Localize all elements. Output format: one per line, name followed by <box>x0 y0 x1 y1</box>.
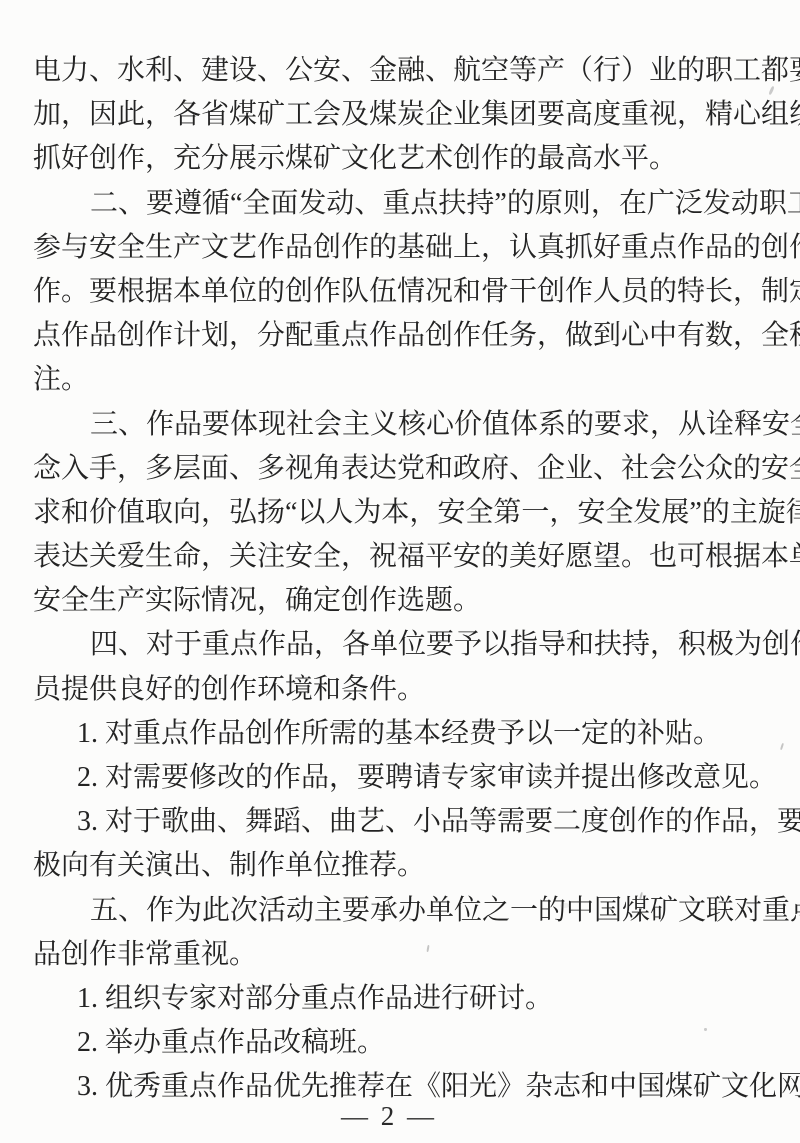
text-line: 三、作品要体现社会主义核心价值体系的要求，从诠释安全理 <box>33 403 768 447</box>
paragraph: 三、作品要体现社会主义核心价值体系的要求，从诠释安全理念入手，多层面、多视角表达… <box>33 403 768 624</box>
text-line: 四、对于重点作品，各单位要予以指导和扶持，积极为创作人 <box>33 623 768 667</box>
text-line: 1. 组织专家对部分重点作品进行研讨。 <box>33 977 768 1021</box>
text-line: 3. 对于歌曲、舞蹈、曲艺、小品等需要二度创作的作品，要积 <box>33 800 768 844</box>
text-line: 求和价值取向，弘扬“以人为本，安全第一，安全发展”的主旋律， <box>33 491 768 535</box>
paragraph: 1. 组织专家对部分重点作品进行研讨。 <box>33 977 768 1021</box>
text-line: 2. 举办重点作品改稿班。 <box>33 1021 768 1065</box>
text-line: 安全生产实际情况，确定创作选题。 <box>33 579 768 623</box>
text-line: 抓好创作，充分展示煤矿文化艺术创作的最高水平。 <box>33 137 768 181</box>
paragraph: 四、对于重点作品，各单位要予以指导和扶持，积极为创作人员提供良好的创作环境和条件… <box>33 623 768 711</box>
scan-speck <box>780 743 784 750</box>
text-line: 念入手，多层面、多视角表达党和政府、企业、社会公众的安全诉 <box>33 447 768 491</box>
text-line: 点作品创作计划，分配重点作品创作任务，做到心中有数，全程关 <box>33 314 768 358</box>
text-line: 加，因此，各省煤矿工会及煤炭企业集团要高度重视，精心组织， <box>33 93 768 137</box>
text-line: 2. 对需要修改的作品，要聘请专家审读并提出修改意见。 <box>33 756 768 800</box>
paragraph: 电力、水利、建设、公安、金融、航空等产（行）业的职工都要参加，因此，各省煤矿工会… <box>33 49 768 182</box>
text-line: 参与安全生产文艺作品创作的基础上，认真抓好重点作品的创作工 <box>33 226 768 270</box>
paragraph: 1. 对重点作品创作所需的基本经费予以一定的补贴。 <box>33 712 768 756</box>
text-line: 作。要根据本单位的创作队伍情况和骨干创作人员的特长，制定重 <box>33 270 768 314</box>
paragraph: 2. 举办重点作品改稿班。 <box>33 1021 768 1065</box>
text-line: 表达关爱生命，关注安全，祝福平安的美好愿望。也可根据本单位 <box>33 535 768 579</box>
text-line: 电力、水利、建设、公安、金融、航空等产（行）业的职工都要参 <box>33 49 768 93</box>
document-page: 电力、水利、建设、公安、金融、航空等产（行）业的职工都要参加，因此，各省煤矿工会… <box>0 0 800 1143</box>
text-line: 1. 对重点作品创作所需的基本经费予以一定的补贴。 <box>33 712 768 756</box>
text-line: 五、作为此次活动主要承办单位之一的中国煤矿文联对重点作 <box>33 889 768 933</box>
text-line: 注。 <box>33 358 768 402</box>
scan-speck <box>704 1028 707 1031</box>
paragraph: 2. 对需要修改的作品，要聘请专家审读并提出修改意见。 <box>33 756 768 800</box>
scan-speck <box>768 86 774 95</box>
scan-speck <box>560 903 570 908</box>
text-line: 极向有关演出、制作单位推荐。 <box>33 844 768 888</box>
text-line: 员提供良好的创作环境和条件。 <box>33 668 768 712</box>
text-line: 品创作非常重视。 <box>33 933 768 977</box>
paragraph: 五、作为此次活动主要承办单位之一的中国煤矿文联对重点作品创作非常重视。 <box>33 889 768 977</box>
page-number: — 2 — <box>0 1101 778 1132</box>
document-body: 电力、水利、建设、公安、金融、航空等产（行）业的职工都要参加，因此，各省煤矿工会… <box>33 49 768 1110</box>
paragraph: 二、要遵循“全面发动、重点扶持”的原则，在广泛发动职工参与安全生产文艺作品创作的… <box>33 182 768 403</box>
paragraph: 3. 对于歌曲、舞蹈、曲艺、小品等需要二度创作的作品，要积极向有关演出、制作单位… <box>33 800 768 888</box>
text-line: 二、要遵循“全面发动、重点扶持”的原则，在广泛发动职工 <box>33 182 768 226</box>
